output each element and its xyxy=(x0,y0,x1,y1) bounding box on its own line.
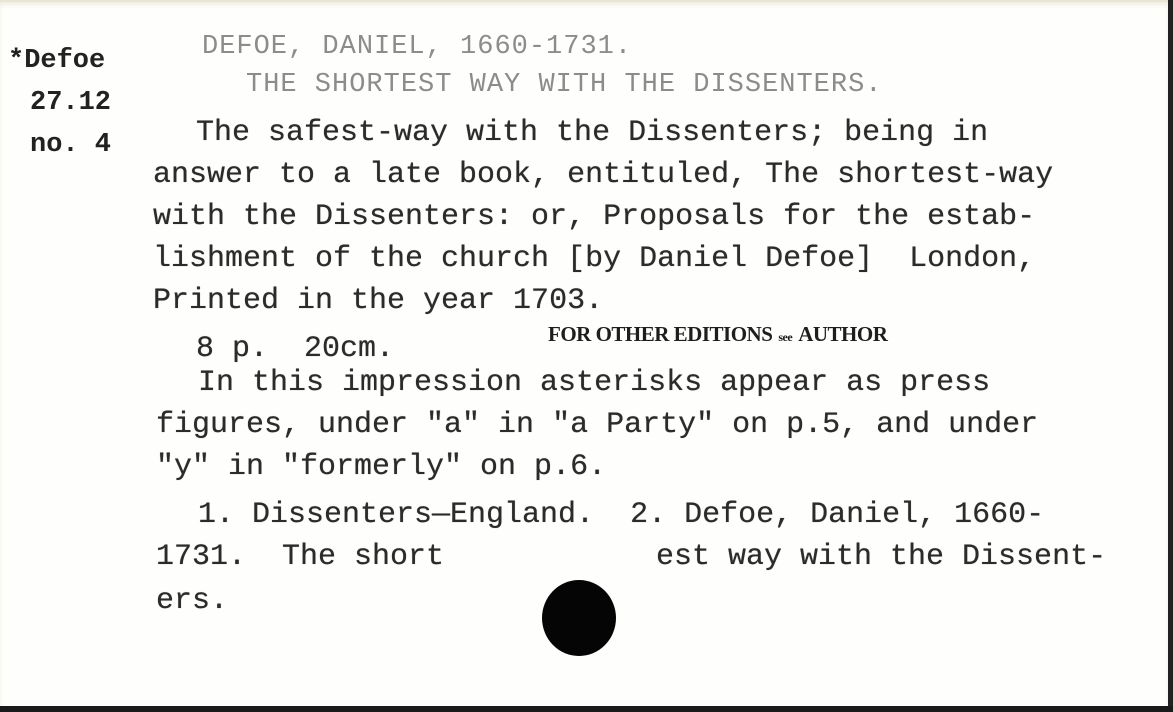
description-line-2: answer to a late book, entituled, The sh… xyxy=(153,160,1053,190)
catalog-card: *Defoe 27.12 no. 4 DEFOE, DANIEL, 1660-1… xyxy=(0,0,1168,708)
card-right-edge xyxy=(1168,0,1173,712)
stamp-text-2: see xyxy=(778,330,792,344)
tracings-line-2b: est way with the Dissent- xyxy=(656,542,1106,572)
stamp-text-1: FOR OTHER EDITIONS xyxy=(548,322,772,346)
card-bottom-edge xyxy=(0,706,1173,712)
description-line-3: with the Dissenters: or, Proposals for t… xyxy=(153,202,1035,232)
call-number-line-2: 27.12 xyxy=(30,90,111,117)
author-heading: DEFOE, DANIEL, 1660-1731. xyxy=(202,34,632,61)
stamp-text-3: AUTHOR xyxy=(798,322,887,346)
tracings-line-1: 1. Dissenters—England. 2. Defoe, Daniel,… xyxy=(198,500,1044,530)
collation: 8 p. 20cm. xyxy=(196,334,394,364)
description-line-1: The safest-way with the Dissenters; bein… xyxy=(196,118,988,148)
uniform-title-heading: THE SHORTEST WAY WITH THE DISSENTERS. xyxy=(246,72,883,99)
call-number-line-3: no. 4 xyxy=(30,132,111,159)
note-line-2: figures, under "a" in "a Party" on p.5, … xyxy=(156,410,1038,440)
description-line-5: Printed in the year 1703. xyxy=(153,286,603,316)
tracings-line-3: ers. xyxy=(156,586,228,616)
note-line-3: "y" in "formerly" on p.6. xyxy=(156,452,606,482)
description-line-4: lishment of the church [by Daniel Defoe]… xyxy=(153,244,1035,274)
call-number-line-1: *Defoe xyxy=(8,48,105,75)
punch-hole xyxy=(542,580,616,656)
note-line-1: In this impression asterisks appear as p… xyxy=(198,368,990,398)
other-editions-stamp: FOR OTHER EDITIONSseeAUTHOR xyxy=(548,322,887,347)
tracings-line-2a: 1731. The short xyxy=(156,542,444,572)
